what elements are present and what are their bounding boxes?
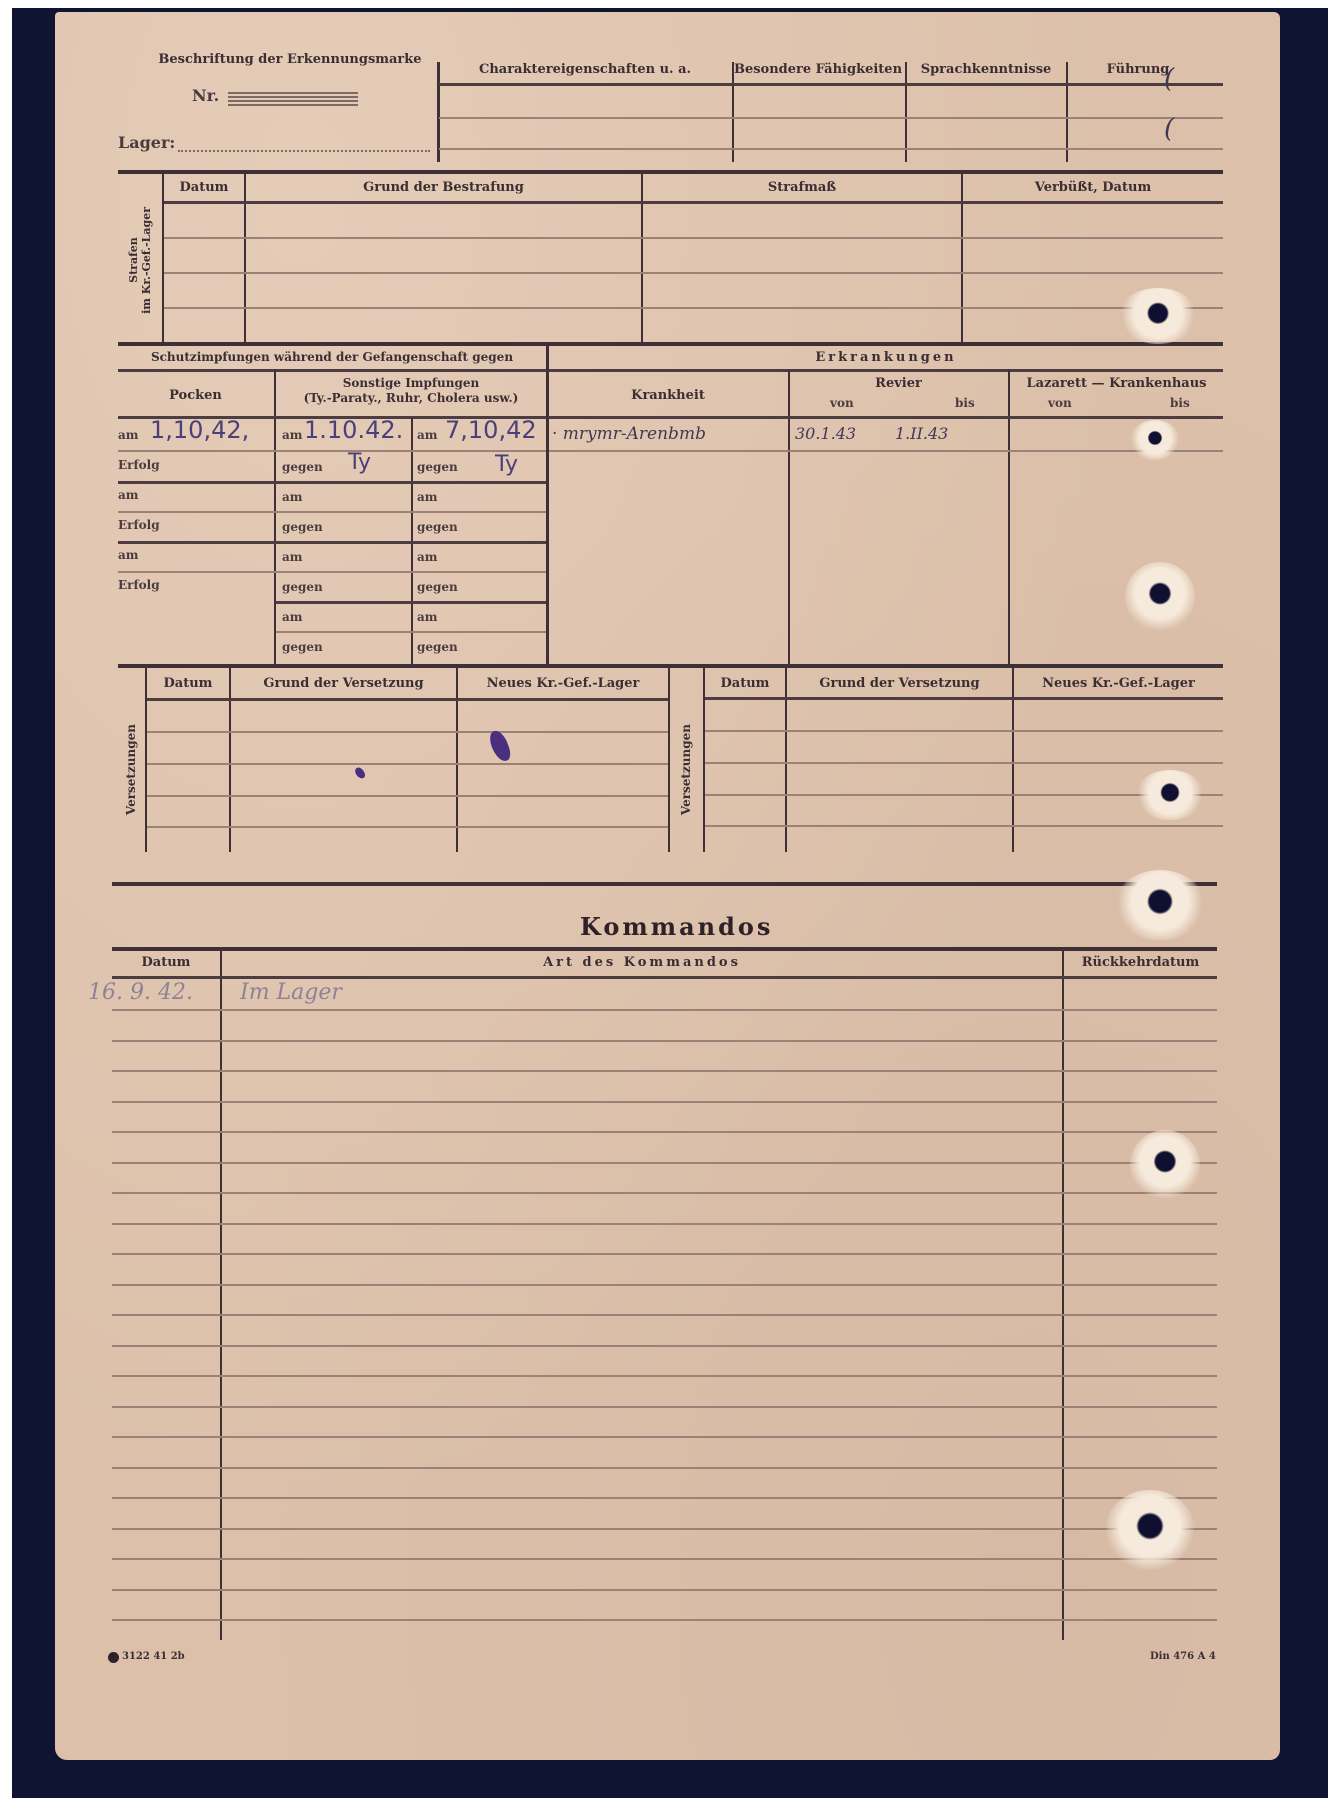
hospital-from: von: [1048, 396, 1072, 410]
section-rule: [112, 882, 1217, 886]
nr-label: Nr.: [192, 86, 219, 105]
divider: [437, 62, 440, 162]
rule: [112, 1131, 1217, 1133]
label-am: am: [118, 428, 138, 442]
rule: [549, 369, 1223, 372]
rule: [112, 976, 1217, 979]
rule: [705, 697, 1223, 700]
label-am: am: [282, 490, 302, 504]
rule: [164, 237, 1223, 239]
bullet-hole: [1130, 420, 1180, 460]
rule: [112, 1009, 1217, 1011]
rule: [118, 450, 546, 452]
divider: [244, 172, 246, 344]
rule: [112, 1253, 1217, 1255]
kommando-date-1: 16. 9. 42.: [88, 980, 193, 1005]
label-am: am: [118, 488, 138, 502]
label-am: am: [282, 610, 302, 624]
rule: [118, 511, 546, 513]
col-transfer-camp-left: Neues Kr.-Gef.-Lager: [458, 676, 668, 691]
rule: [549, 450, 1223, 452]
col-punish-sentence: Strafmaß: [643, 180, 961, 195]
vaccine-date-1: 1.10.42.: [304, 416, 403, 444]
rule: [276, 601, 546, 604]
col-languages: Sprachkenntnisse: [906, 62, 1066, 77]
punishment-side-label: Strafenim Kr.-Gef.-Lager: [120, 180, 160, 340]
bullet-hole: [1125, 562, 1195, 632]
smallpox-date: 1,10,42,: [150, 416, 249, 444]
label-gegen: gegen: [417, 460, 458, 474]
rule: [112, 1314, 1217, 1316]
label-gegen: gegen: [282, 460, 323, 474]
rule: [164, 272, 1223, 274]
section-rule: [118, 342, 1223, 346]
col-transfer-reason-right: Grund der Versetzung: [787, 676, 1012, 691]
conduct-mark: (: [1164, 64, 1174, 94]
rule: [439, 117, 1223, 119]
rule: [112, 1162, 1217, 1164]
rule: [112, 1467, 1217, 1469]
rule: [112, 1070, 1217, 1072]
col-transfer-reason-left: Grund der Versetzung: [231, 676, 456, 691]
label-am: am: [118, 548, 138, 562]
divider: [641, 172, 643, 344]
label-am: am: [417, 550, 437, 564]
label-gegen: gegen: [282, 580, 323, 594]
divider: [456, 666, 458, 852]
bullet-hole: [1118, 288, 1198, 344]
rule: [112, 1040, 1217, 1042]
rule: [147, 731, 668, 733]
rule: [276, 631, 546, 633]
rule: [112, 1101, 1217, 1103]
rule: [112, 1619, 1217, 1621]
rule: [112, 1223, 1217, 1225]
vaccination-heading: Schutzimpfungen während der Gefangenscha…: [118, 350, 546, 364]
label-gegen: gegen: [282, 520, 323, 534]
label-am: am: [282, 550, 302, 564]
tag-heading: Beschriftung der Erkennungsmarke: [140, 52, 440, 67]
col-conduct: Führung: [1068, 62, 1208, 77]
col-smallpox: Pocken: [118, 388, 273, 403]
col-illness: Krankheit: [549, 388, 787, 403]
infirmary-from: von: [830, 396, 854, 410]
print-code: 3122 41 2b: [122, 1651, 185, 1662]
conduct-mark: (: [1164, 114, 1174, 144]
bullet-hole: [1115, 870, 1205, 940]
rule: [112, 1345, 1217, 1347]
col-infirmary: Revier: [790, 376, 1007, 391]
bullet-hole: [1130, 1130, 1200, 1200]
illness-name: · mrymr-Arenbmb: [552, 424, 706, 444]
bullet-hole: [1135, 770, 1205, 820]
divider: [220, 950, 222, 1640]
col-transfer-camp-right: Neues Kr.-Gef.-Lager: [1014, 676, 1223, 691]
label-am: am: [282, 428, 302, 442]
rule: [112, 1589, 1217, 1591]
lager-field[interactable]: [178, 150, 430, 152]
section-rule: [118, 664, 1223, 668]
rule: [705, 762, 1223, 764]
bullet-hole: [1105, 1490, 1195, 1570]
rule: [439, 148, 1223, 150]
col-kommando-type: Art des Kommandos: [222, 955, 1062, 970]
kommandos-title: Kommandos: [580, 912, 773, 941]
printer-mark-icon: [108, 1652, 119, 1663]
infirmary-from-date: 30.1.43: [795, 424, 856, 443]
divider: [732, 62, 734, 162]
section-rule: [112, 947, 1217, 951]
col-character: Charaktereigenschaften u. a.: [440, 62, 730, 77]
col-transfer-date-right: Datum: [705, 676, 785, 691]
divider: [229, 666, 231, 852]
din-format: Din 476 A 4: [1150, 1651, 1216, 1662]
label-gegen: gegen: [282, 640, 323, 654]
rule: [118, 481, 546, 484]
label-am: am: [417, 610, 437, 624]
section-rule: [118, 170, 1223, 174]
col-punish-date: Datum: [164, 180, 244, 195]
lager-label: Lager:: [118, 133, 175, 152]
rule: [705, 730, 1223, 732]
rule: [112, 1192, 1217, 1194]
divider: [1062, 950, 1064, 1640]
rule: [112, 1436, 1217, 1438]
infirmary-to: bis: [955, 396, 975, 410]
rule: [118, 369, 546, 372]
rule: [439, 83, 1223, 86]
label-am: am: [417, 490, 437, 504]
col-abilities: Besondere Fähigkeiten: [733, 62, 903, 77]
label-erfolg: Erfolg: [118, 458, 160, 472]
vaccine-against-1: Ty: [348, 450, 371, 475]
transfers-side-label-right: Versetzungen: [670, 700, 702, 840]
label-gegen: gegen: [417, 520, 458, 534]
rule: [112, 1497, 1217, 1499]
nr-redacted-field: [228, 92, 358, 108]
col-punish-reason: Grund der Bestrafung: [246, 180, 641, 195]
col-transfer-date-left: Datum: [147, 676, 229, 691]
label-gegen: gegen: [417, 580, 458, 594]
col-punish-served: Verbüßt, Datum: [963, 180, 1223, 195]
infirmary-to-date: 1.II.43: [895, 424, 948, 443]
label-am: am: [417, 428, 437, 442]
rule: [112, 1375, 1217, 1377]
illness-heading: Erkrankungen: [549, 350, 1223, 365]
rule: [549, 416, 1223, 419]
rule: [112, 1528, 1217, 1530]
divider: [145, 666, 147, 852]
col-return-date: Rückkehrdatum: [1064, 955, 1217, 970]
rule: [164, 307, 1223, 309]
rule: [112, 1558, 1217, 1560]
col-hospital: Lazarett — Krankenhaus: [1010, 376, 1223, 391]
transfers-side-label-left: Versetzungen: [118, 700, 144, 840]
hospital-to: bis: [1170, 396, 1190, 410]
rule: [112, 1284, 1217, 1286]
rule: [118, 541, 546, 544]
divider: [162, 172, 164, 344]
rule: [118, 571, 546, 573]
col-kommando-date: Datum: [112, 955, 220, 970]
rule: [112, 1406, 1217, 1408]
divider: [961, 172, 963, 344]
divider: [1008, 370, 1010, 664]
divider: [1066, 62, 1068, 162]
label-erfolg: Erfolg: [118, 578, 160, 592]
rule: [147, 795, 668, 797]
rule: [147, 698, 668, 701]
vaccine-date-2: 7,10,42: [445, 416, 537, 444]
divider: [905, 62, 907, 162]
vaccine-against-2: Ty: [495, 452, 518, 477]
label-erfolg: Erfolg: [118, 518, 160, 532]
divider: [274, 370, 276, 664]
col-other-vaccinations: Sonstige Impfungen (Ty.-Paraty., Ruhr, C…: [276, 376, 546, 406]
rule: [705, 825, 1223, 827]
label-gegen: gegen: [417, 640, 458, 654]
kommando-type-1: Im Lager: [240, 980, 342, 1005]
rule: [164, 201, 1223, 204]
rule: [147, 763, 668, 765]
divider: [788, 370, 790, 664]
rule: [147, 826, 668, 828]
